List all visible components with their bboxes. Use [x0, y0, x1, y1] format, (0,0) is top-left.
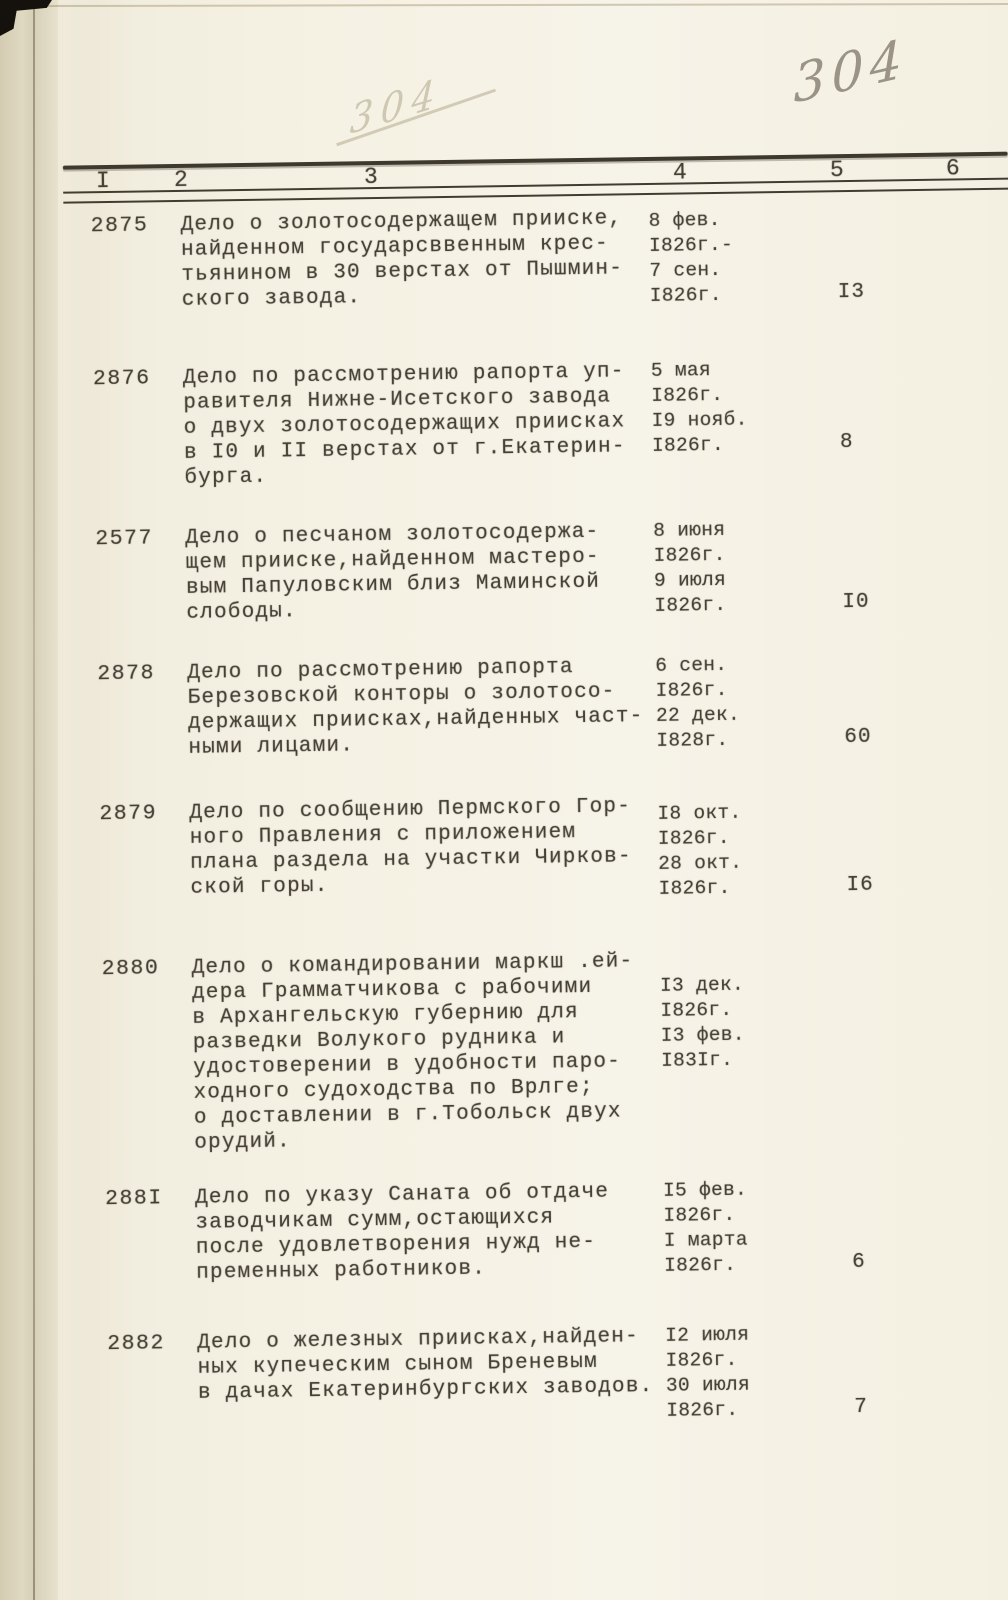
- entry-description: Дело о железных приисках,найден- ных куп…: [197, 1324, 666, 1406]
- entry-description: Дело по указу Саната об отдаче заводчика…: [195, 1179, 664, 1286]
- entry-number: 2878: [97, 661, 187, 686]
- entry-pages: I6: [837, 789, 1008, 898]
- entry-description: Дело по рассмотрению рапорта Березовской…: [187, 654, 656, 761]
- entry-dates: 8 июня I826г. 9 июля I826г.: [653, 516, 834, 619]
- entry-dates: I8 окт. I826г. 28 окт. I826г.: [657, 791, 839, 902]
- scanned-page: 304 304 I 2 3 4 5 6 2875 Дело о золотосо…: [0, 0, 1008, 1600]
- table-row: 2879 Дело по сообщению Пермского Гор- но…: [99, 789, 1008, 911]
- typewritten-register: I 2 3 4 5 6 2875 Дело о золотосодержащем…: [0, 0, 1008, 1600]
- table-row: 2882 Дело о железных приисках,найден- ны…: [107, 1319, 1008, 1433]
- entry-pages: [839, 944, 1008, 1022]
- entry-description: Дело о командировании маркш .ей- дера Гр…: [192, 949, 663, 1156]
- entry-pages: I3: [828, 201, 1008, 305]
- entry-description: Дело по сообщению Пермского Гор- ного Пр…: [189, 794, 658, 901]
- entry-dates: I5 фев. I826г. I марта I826г.: [663, 1176, 844, 1279]
- entry-number: 2879: [99, 801, 189, 826]
- entry-dates: I3 дек. I826г. I3 фев. I83Iг.: [659, 946, 841, 1074]
- entry-number: 2577: [95, 526, 185, 551]
- entry-description: Дело о золотосодержащем прииске, найденн…: [181, 206, 650, 313]
- table-row: 2878 Дело по рассмотрению рапорта Березо…: [97, 649, 1008, 763]
- table-row: 2875 Дело о золотосодержащем прииске, на…: [91, 201, 1008, 318]
- entry-dates: 6 сен. I826г. 22 дек. I828г.: [655, 651, 836, 754]
- entry-number: 2875: [91, 213, 181, 238]
- table-top-rule: [63, 152, 1008, 170]
- entry-pages: 60: [835, 649, 1008, 750]
- entry-description: Дело о песчаном золотосодержа- щем приис…: [185, 519, 654, 626]
- entry-pages: I0: [833, 514, 1008, 615]
- table-row: 2880 Дело о командировании маркш .ей- де…: [102, 944, 1008, 1158]
- entry-number: 288I: [105, 1186, 195, 1211]
- entry-dates: I2 июля I826г. 30 июля I826г.: [665, 1321, 846, 1424]
- table-row: 288I Дело по указу Саната об отдаче заво…: [105, 1174, 1008, 1288]
- entry-number: 2876: [93, 366, 183, 391]
- table-header-rule: [63, 178, 1008, 204]
- entry-pages: 8: [831, 354, 1008, 455]
- entry-pages: 7: [845, 1319, 1008, 1420]
- entry-number: 2880: [102, 956, 192, 981]
- entry-dates: 5 мая I826г. I9 нояб. I826г.: [651, 356, 832, 459]
- entry-description: Дело по рассмотрению рапорта уп- равител…: [183, 359, 653, 491]
- entry-pages: 6: [843, 1174, 1008, 1275]
- entry-number: 2882: [107, 1331, 197, 1356]
- table-row: 2577 Дело о песчаном золотосодержа- щем …: [95, 514, 1008, 628]
- entry-dates: 8 фев. I826г.- 7 сен. I826г.: [648, 203, 830, 309]
- table-row: 2876 Дело по рассмотрению рапорта уп- ра…: [93, 354, 1008, 493]
